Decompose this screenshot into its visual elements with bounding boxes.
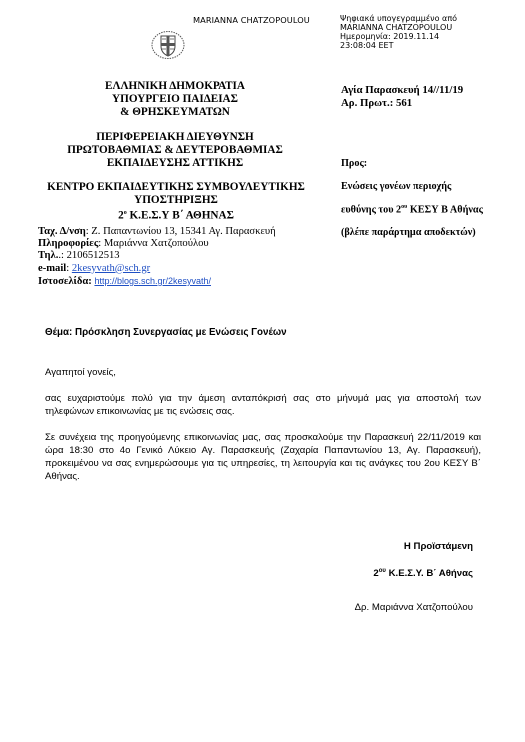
signatory-name: Δρ. Μαριάννα Χατζοπούλου bbox=[355, 602, 473, 613]
recipient-line: Ενώσεις γονέων περιοχής bbox=[341, 181, 483, 204]
header-line: ΕΛΛΗΝΙΚΗ ΔΗΜΟΚΡΑΤΙΑ bbox=[50, 80, 300, 93]
phone-row: Τηλ..: 2106512513 bbox=[38, 250, 276, 262]
recipient-line: (βλέπε παράρτημα αποδεκτών) bbox=[341, 227, 483, 250]
header-line: ΕΚΠΑΙΔΕΥΣΗΣ ΑΤΤΙΚΗΣ bbox=[50, 157, 300, 170]
signature-line: Ψηφιακά υπογεγραμμένο από bbox=[340, 14, 457, 23]
date-line: Αγία Παρασκευή 14//11/19 bbox=[341, 84, 463, 97]
greek-coat-of-arms-icon bbox=[150, 30, 186, 60]
paragraph: σας ευχαριστούμε πολύ για την άμεση αντα… bbox=[45, 392, 481, 418]
greeting: Αγαπητοί γονείς, bbox=[45, 367, 116, 378]
header-line: & ΘΡΗΣΚΕΥΜΑΤΩΝ bbox=[50, 106, 300, 119]
recipient-label: Προς: bbox=[341, 158, 483, 181]
directorate-header: ΠΕΡΙΦΕΡΕΙΑΚΗ ΔΙΕΥΘΥΝΣΗ ΠΡΩΤΟΒΑΘΜΙΑΣ & ΔΕ… bbox=[50, 131, 300, 169]
digital-signature-block: Ψηφιακά υπογεγραμμένο από MARIANNA CHATZ… bbox=[340, 14, 457, 50]
center-header: ΚΕΝΤΡΟ ΕΚΠΑΙΔΕΥΤΙΚΗΣ ΣΥΜΒΟΥΛΕΥΤΙΚΗΣ ΥΠΟΣ… bbox=[36, 181, 316, 222]
email-link[interactable]: 2kesyvath@sch.gr bbox=[72, 263, 150, 274]
header-line: 2ο Κ.Ε.Σ.Υ Β΄ ΑΘΗΝΑΣ bbox=[36, 207, 316, 223]
header-line: ΠΡΩΤΟΒΑΘΜΙΑΣ & ΔΕΥΤΕΡΟΒΑΘΜΙΑΣ bbox=[50, 144, 300, 157]
signature-line: MARIANNA CHATZOPOULOU bbox=[340, 23, 457, 32]
ministry-header: ΕΛΛΗΝΙΚΗ ΔΗΜΟΚΡΑΤΙΑ ΥΠΟΥΡΓΕΙΟ ΠΑΙΔΕΙΑΣ &… bbox=[50, 80, 300, 118]
email-row: e-mail: 2kesyvath@sch.gr bbox=[38, 263, 276, 275]
signer-name: MARIANNA CHATZOPOULOU bbox=[193, 15, 310, 25]
address-row: Ταχ. Δ/νση: Ζ. Παπαντωνίου 13, 15341 Αγ.… bbox=[38, 226, 276, 238]
website-link[interactable]: http://blogs.sch.gr/2kesyvath/ bbox=[94, 276, 211, 286]
contact-info: Ταχ. Δ/νση: Ζ. Παπαντωνίου 13, 15341 Αγ.… bbox=[38, 226, 276, 288]
info-row: Πληροφορίες: Μαριάννα Χατζοπούλου bbox=[38, 238, 276, 250]
signature-line: 23:08:04 EET bbox=[340, 41, 457, 50]
header-line: ΥΠΟΥΡΓΕΙΟ ΠΑΙΔΕΙΑΣ bbox=[50, 93, 300, 106]
protocol-number: Αρ. Πρωτ.: 561 bbox=[341, 97, 463, 110]
closing-title: Η Προϊστάμενη bbox=[404, 541, 473, 552]
paragraph: Σε συνέχεια της προηγούμενης επικοινωνία… bbox=[45, 431, 481, 483]
closing-org: 2ου Κ.Ε.Σ.Υ. Β΄ Αθήνας bbox=[373, 568, 473, 579]
date-protocol-block: Αγία Παρασκευή 14//11/19 Αρ. Πρωτ.: 561 bbox=[341, 84, 463, 109]
website-row: Ιστοσελίδα: http://blogs.sch.gr/2kesyvat… bbox=[38, 275, 276, 288]
header-line: ΠΕΡΙΦΕΡΕΙΑΚΗ ΔΙΕΥΘΥΝΣΗ bbox=[50, 131, 300, 144]
recipient-line: ευθύνης του 2ου ΚΕΣΥ Β Αθήνας bbox=[341, 204, 483, 227]
signature-line: Ημερομηνία: 2019.11.14 bbox=[340, 32, 457, 41]
header-line: ΥΠΟΣΤΗΡΙΞΗΣ bbox=[36, 194, 316, 207]
recipient-block: Προς: Ενώσεις γονέων περιοχής ευθύνης το… bbox=[341, 158, 483, 250]
subject-line: Θέμα: Πρόσκληση Συνεργασίας με Ενώσεις Γ… bbox=[45, 327, 287, 338]
header-line: ΚΕΝΤΡΟ ΕΚΠΑΙΔΕΥΤΙΚΗΣ ΣΥΜΒΟΥΛΕΥΤΙΚΗΣ bbox=[36, 181, 316, 194]
